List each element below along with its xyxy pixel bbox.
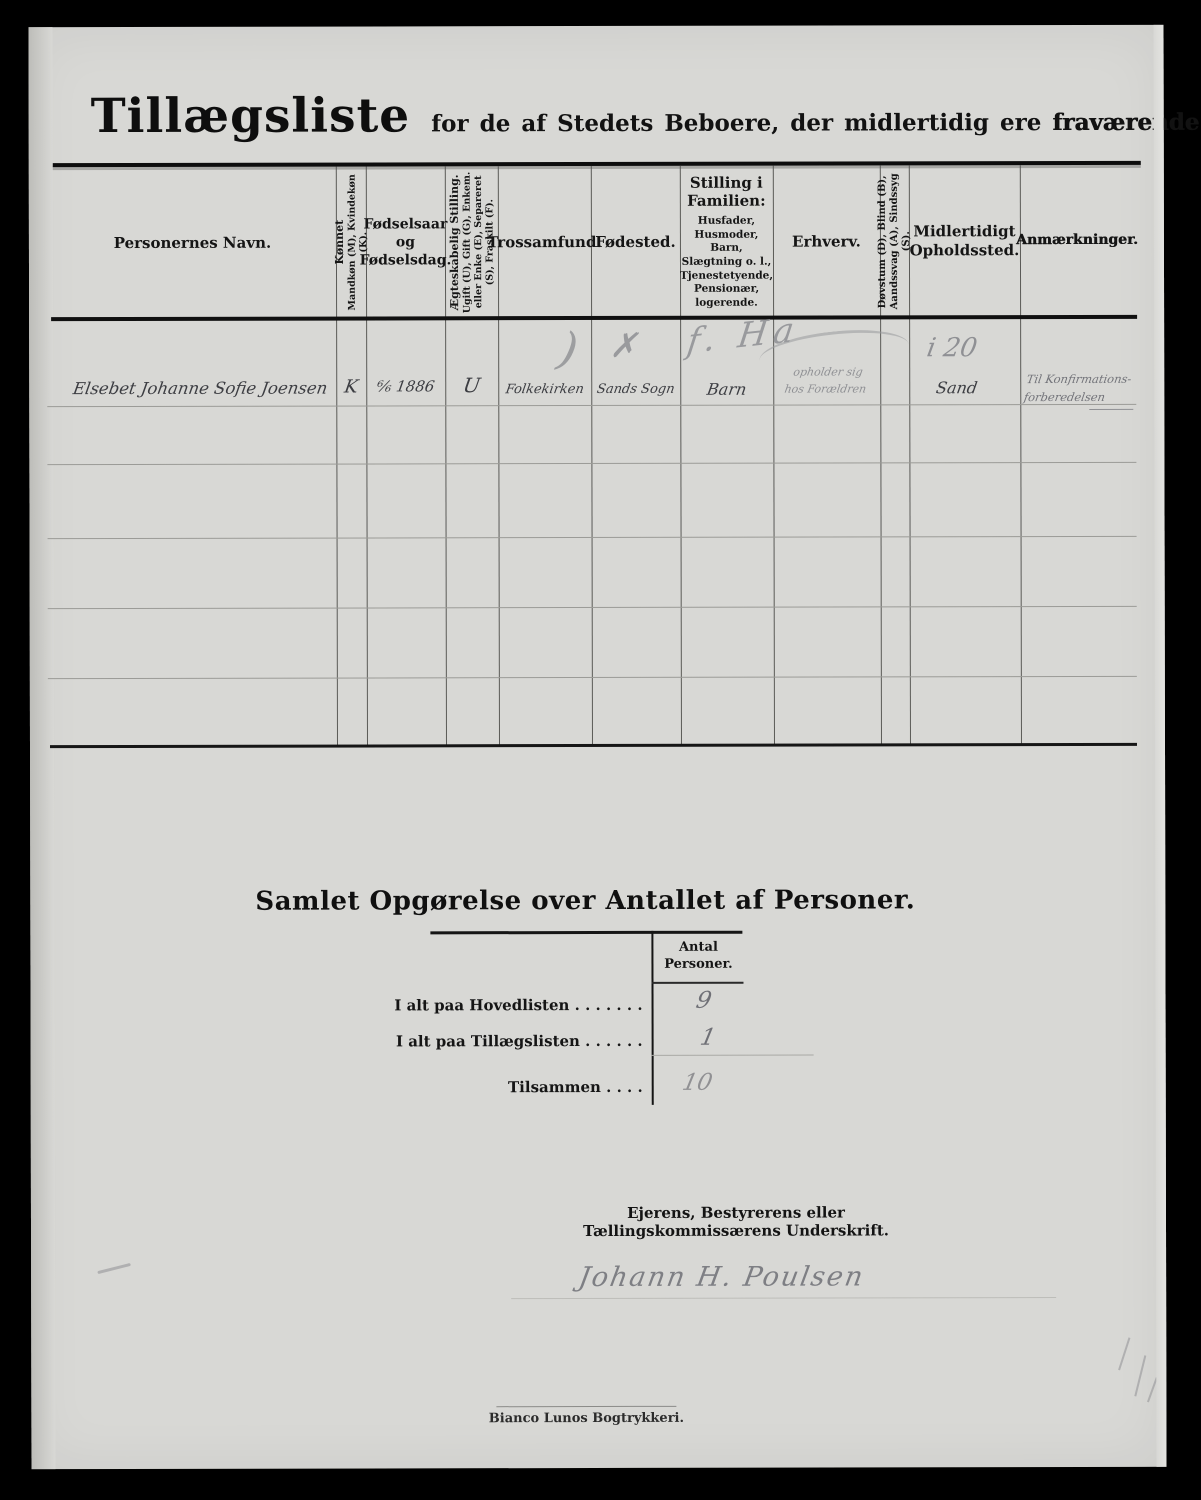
entry-birthdate: ⁶⁄₆ 1886 xyxy=(365,377,447,395)
census-form-page: Tillægsliste for de af Stedets Beboere, … xyxy=(28,25,1166,1469)
pencil-smudge xyxy=(97,1263,131,1274)
summary-row-tillaegslisten-value: 1 xyxy=(698,1025,718,1051)
imprint-rule xyxy=(496,1406,676,1407)
table-bottom-rule xyxy=(50,743,1137,748)
summary-count-header-rule xyxy=(651,982,743,984)
signature-label: Ejerens, Bestyrerens eller Tællingskommi… xyxy=(536,1203,936,1240)
header-temporary-residence-column: Midlertidigt Opholdssted. xyxy=(909,167,1020,315)
entry-person-name: Elsebet Johanne Sofie Joensen xyxy=(72,379,343,399)
pencil-dash xyxy=(1089,409,1133,410)
entry-temporary-residence: Sand xyxy=(908,378,1006,397)
pencil-number-note: i 20 xyxy=(925,333,980,363)
header-occupation-column: Erhverv. xyxy=(773,167,880,315)
entry-religion: Folkekirken xyxy=(497,382,592,397)
entry-birthplace: Sands Sogn xyxy=(590,382,681,397)
header-name-column: Personernes Navn. xyxy=(49,169,336,318)
header-family-position-column: Stilling i Familien: Husfader, Husmoder,… xyxy=(680,168,773,316)
header-remarks-column: Anmærkninger. xyxy=(1020,167,1134,315)
pencil-smudge xyxy=(1134,1355,1146,1396)
summary-row-hovedlisten-label: I alt paa Hovedlisten . . . . . . . xyxy=(283,996,643,1015)
summary-row-tilsammen-value: 10 xyxy=(680,1070,715,1096)
summary-heading: Samlet Opgørelse over Antallet af Person… xyxy=(60,885,1110,917)
pencil-x-mark: ✗ xyxy=(609,326,638,366)
form-subtitle-emphasis: fraværende. xyxy=(1052,109,1201,136)
header-birthdate-column: Fødselsaar og Fødselsdag. xyxy=(366,168,445,316)
summary-row-tillaegslisten-label: I alt paa Tillægslisten . . . . . . xyxy=(283,1032,643,1051)
form-title: Tillægsliste xyxy=(91,88,411,144)
imprint-text: Bianco Lunos Bogtrykkeri. xyxy=(451,1411,721,1427)
summary-count-header: Antal Personer. xyxy=(653,940,743,974)
header-birthplace-column: Fødested. xyxy=(591,168,680,316)
entry-remarks: Til Konfirmations- forberedelsen xyxy=(1022,371,1140,407)
signature-handwriting: Johann H. Poulsen xyxy=(576,1261,867,1293)
title-rule xyxy=(53,161,1141,167)
page-title: Tillægsliste for de af Stedets Beboere, … xyxy=(91,87,1201,144)
summary-row-tilsammen-label: Tilsammen . . . . xyxy=(283,1078,643,1097)
entry-family-position: Barn xyxy=(679,380,775,399)
header-disability-column: Døvstum (D), Blind (B), Aandssvag (A), S… xyxy=(880,167,909,315)
form-subtitle: for de af Stedets Beboere, der midlertid… xyxy=(431,109,1201,138)
summary-sum-line xyxy=(652,1055,814,1056)
entry-sex: K xyxy=(335,376,368,397)
entry-occupation-note: opholder sig hos Forældren xyxy=(771,363,883,397)
pencil-smudge xyxy=(1147,1377,1158,1402)
entry-marital-status: U xyxy=(443,373,500,397)
pencil-paren-mark: ) xyxy=(554,321,583,378)
summary-top-rule xyxy=(430,931,742,935)
summary-row-hovedlisten-value: 9 xyxy=(694,988,714,1014)
pencil-smudge xyxy=(1118,1337,1130,1370)
signature-baseline xyxy=(511,1297,1056,1299)
header-religion-column: Trossamfund. xyxy=(498,168,591,316)
